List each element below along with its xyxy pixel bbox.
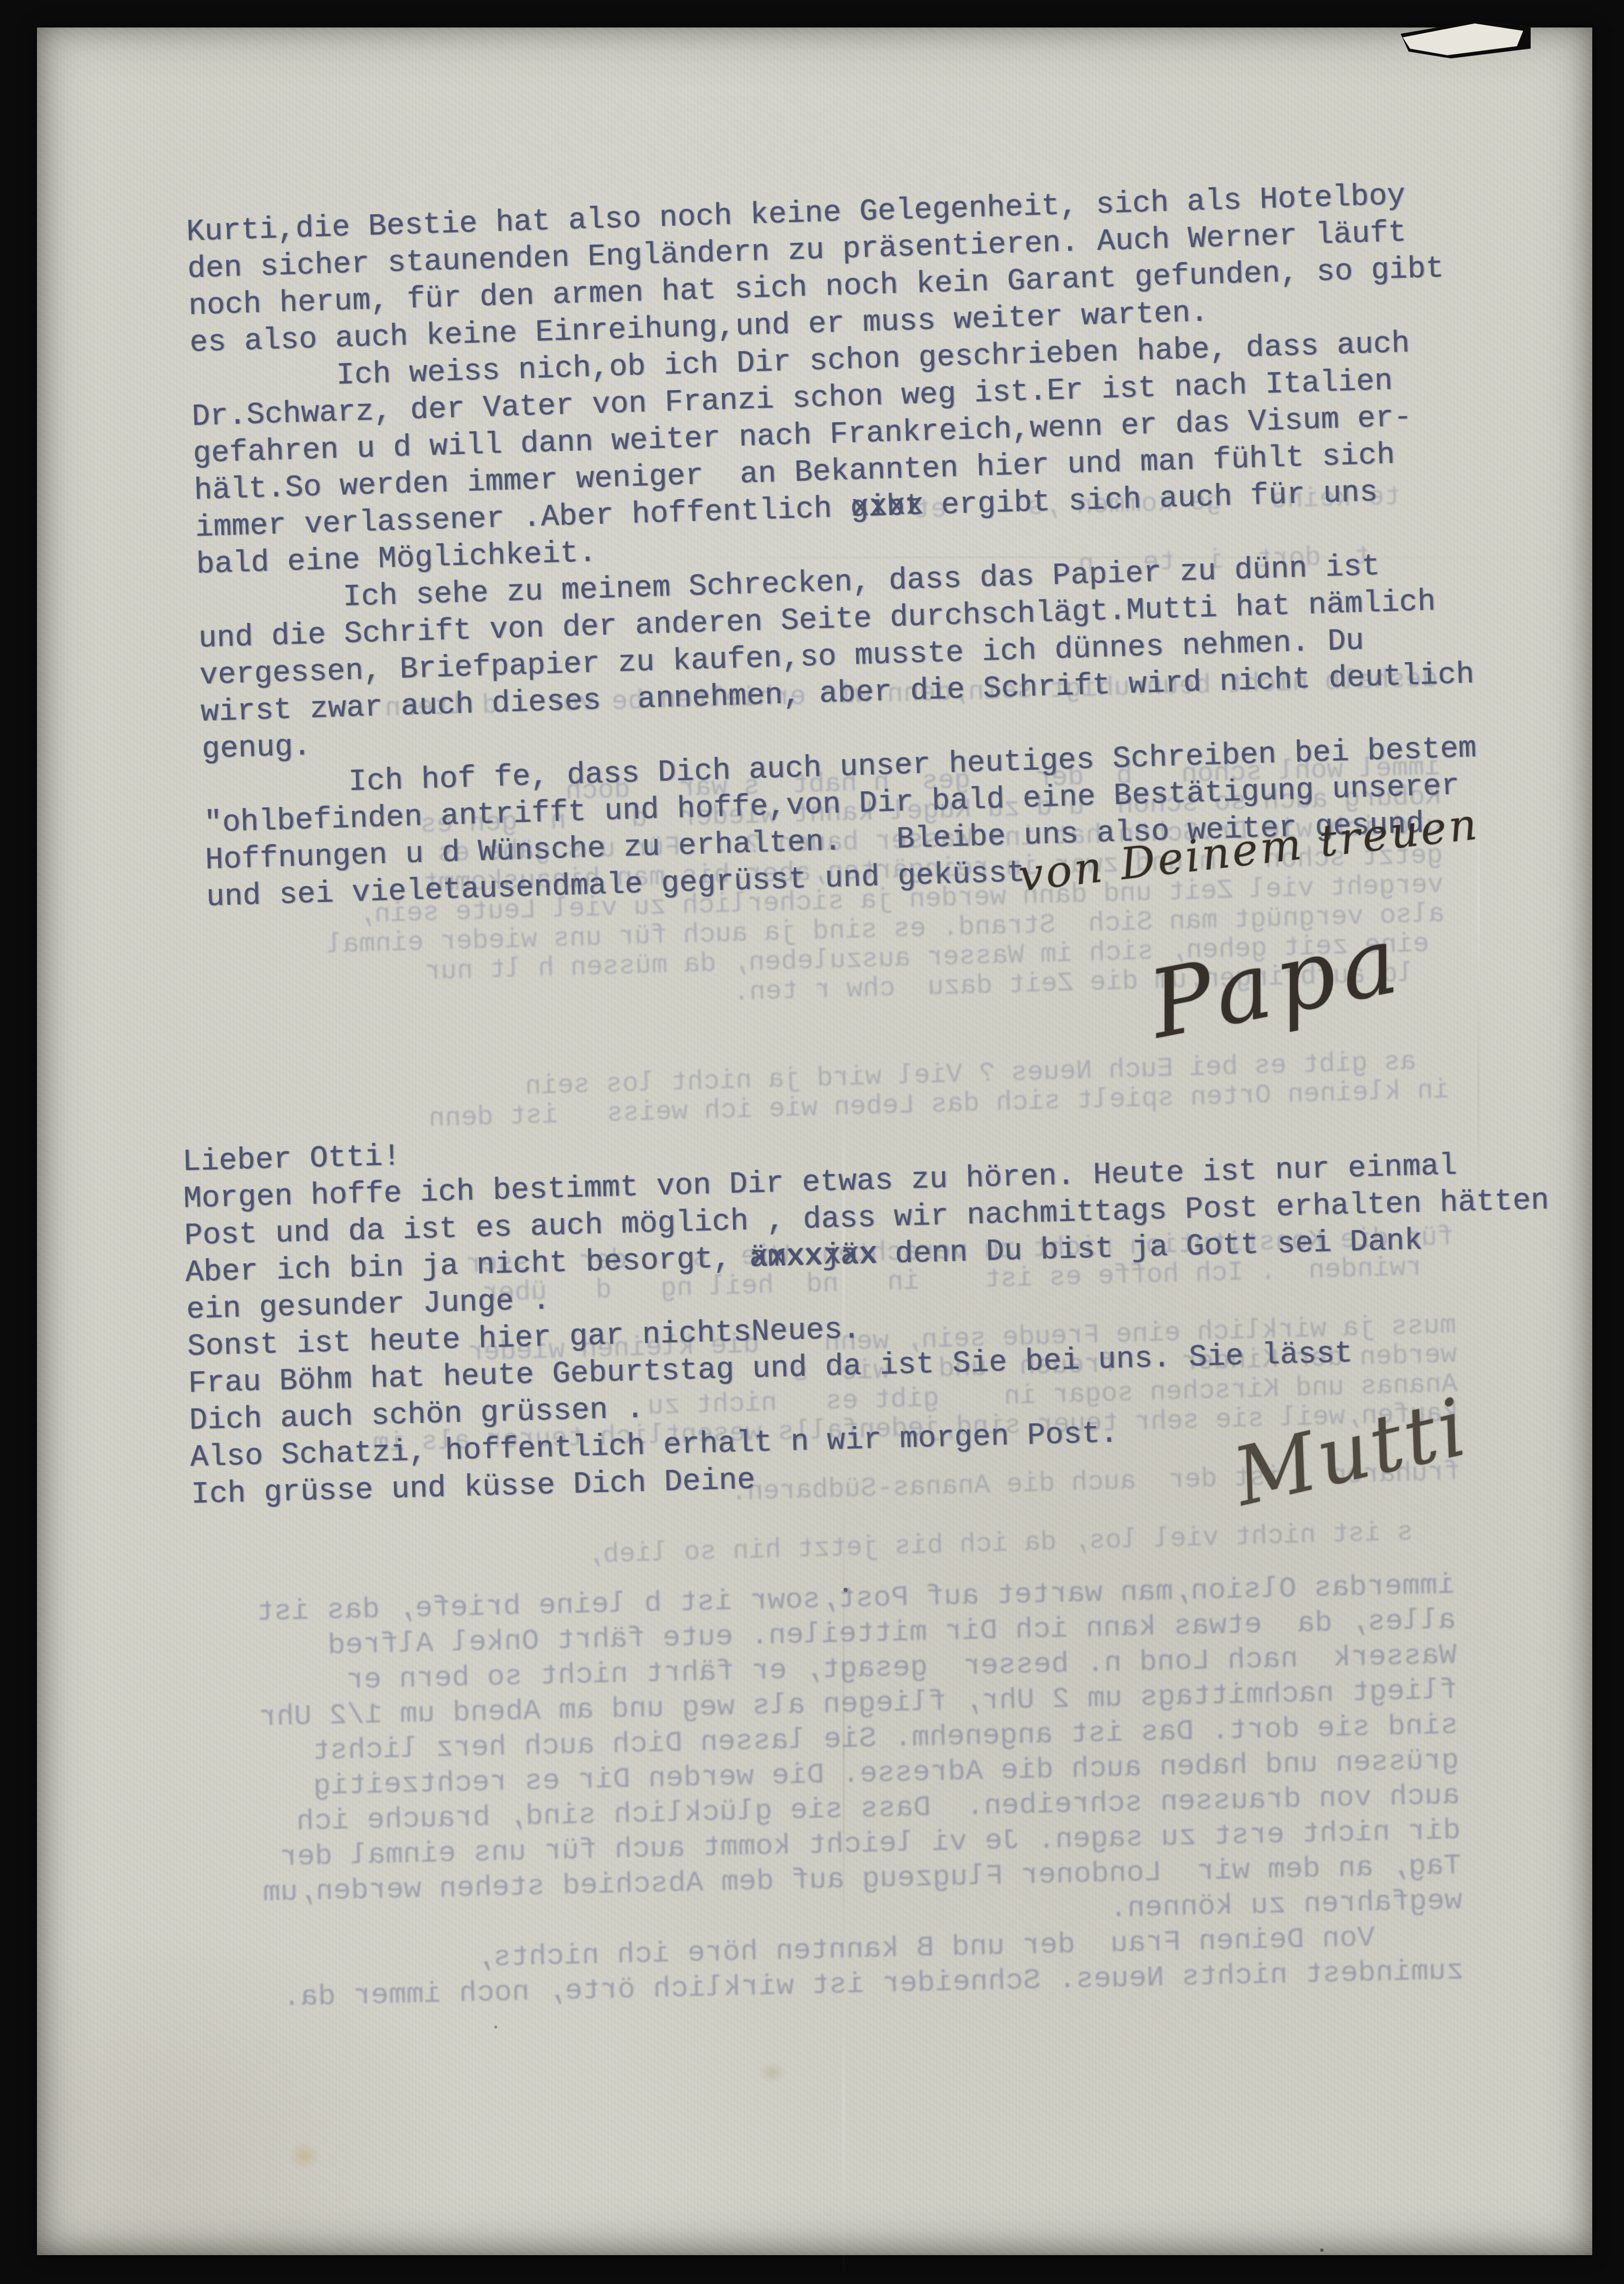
paper-stain: [758, 2062, 787, 2084]
struck-out-word: gibt: [850, 488, 924, 528]
paper-tear: [1398, 17, 1531, 66]
struck-out-word: ämxxjäx: [749, 1237, 877, 1277]
ink-speck: [494, 2026, 497, 2029]
scan-background: { "scan": { "background_color": "#0b0b0c…: [0, 0, 1624, 2284]
ink-speck: [1320, 2248, 1324, 2252]
paper-stain: [288, 2142, 321, 2170]
letter-papa-text: Kurti,die Bestie hat also noch keine Gel…: [186, 176, 1480, 916]
bleedthrough-bottom-block: immerdas Olsion,man wartet auf Post,sowr…: [175, 1567, 1464, 2017]
